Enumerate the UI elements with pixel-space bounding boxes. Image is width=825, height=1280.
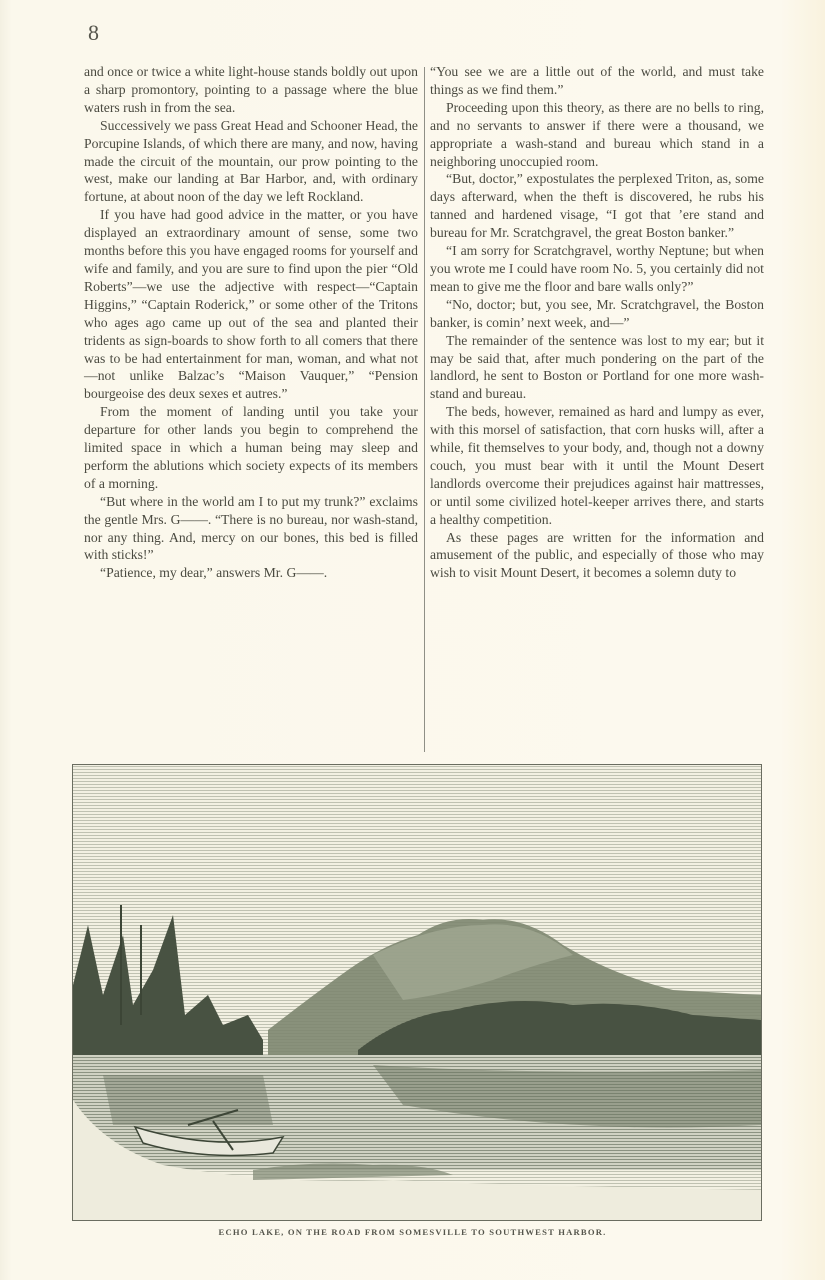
paragraph: If you have had good advice in the matte… [84, 206, 418, 403]
engraving-illustration [72, 764, 762, 1221]
paragraph: The remainder of the sentence was lost t… [430, 332, 764, 404]
right-column: “You see we are a little out of the worl… [430, 63, 764, 582]
paragraph: Proceeding upon this theory, as there ar… [430, 99, 764, 171]
lake-scene-engraving [73, 765, 761, 1220]
paragraph: As these pages are written for the infor… [430, 529, 764, 583]
column-divider [424, 67, 425, 752]
paragraph: “You see we are a little out of the worl… [430, 63, 764, 99]
paragraph: “Patience, my dear,” answers Mr. G——. [84, 564, 418, 582]
paragraph: “But where in the world am I to put my t… [84, 493, 418, 565]
paragraph: “I am sorry for Scratchgravel, worthy Ne… [430, 242, 764, 296]
paragraph: The beds, however, remained as hard and … [430, 403, 764, 528]
paragraph: and once or twice a white light-house st… [84, 63, 418, 117]
text-columns: and once or twice a white light-house st… [84, 63, 764, 753]
paragraph: “No, doctor; but, you see, Mr. Scratchgr… [430, 296, 764, 332]
left-column: and once or twice a white light-house st… [84, 63, 418, 582]
paragraph: Successively we pass Great Head and Scho… [84, 117, 418, 207]
paragraph: “But, doctor,” expostulates the perplexe… [430, 170, 764, 242]
page-number: 8 [88, 20, 99, 46]
book-page: 8 and once or twice a white light-house … [0, 0, 825, 1280]
figure-caption: ECHO LAKE, ON THE ROAD FROM SOMESVILLE T… [0, 1227, 825, 1237]
paragraph: From the moment of landing until you tak… [84, 403, 418, 493]
